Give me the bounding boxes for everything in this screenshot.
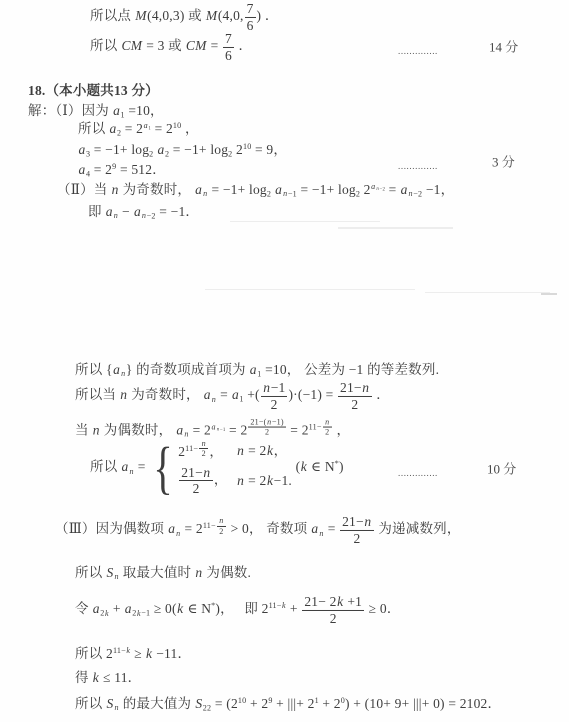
math-line-a2: 所以 a2 = 2a1 = 210 ，: [78, 117, 199, 137]
scan-artifact: [205, 289, 415, 290]
math-line-point-M: 所以点 M(4,0,3) 或 M(4,0,76) ．: [90, 1, 279, 33]
math-line-part3-setup: （Ⅲ）因为偶数项 an = 211−n2 > 0， 奇数项 an = 21−n2…: [55, 514, 461, 546]
math-line-a3: a3 = −1+ log2 a2 = −1+ log2 210 = 9，: [78, 138, 287, 158]
math-line-k-bound: 得 k ≤ 11．: [75, 666, 141, 686]
math-line-piecewise: 所以 an = {211−n2，n = 2k，21−n2，n = 2k−1. (…: [90, 439, 344, 497]
math-line-inequality: 令 a2k + a2k−1 ≥ 0(k ∈ N*)， 即 211−k + 21−…: [75, 594, 401, 626]
scan-artifact: [425, 292, 550, 293]
math-line-arith-seq: 所以 {an} 的奇数项成首项为 a1 =10， 公差为 −1 的等差数列.: [75, 358, 439, 378]
dotted-leader: ..............: [398, 161, 438, 171]
math-line-a1: 解：（Ⅰ）因为 a1 =10，: [28, 99, 164, 119]
math-line-odd-recursion: （Ⅱ）当 n 为奇数时， an = −1+ log2 an−1 = −1+ lo…: [57, 178, 454, 198]
score-label-3: 3 分: [492, 152, 515, 171]
math-line-odd-formula: 所以当 n 为奇数时， an = a1 +(n−12)·(−1) = 21−n2…: [75, 380, 390, 412]
scanned-solution-page: 所以点 M(4,0,3) 或 M(4,0,76) ． 所以 CM = 3 或 C…: [0, 0, 569, 722]
math-line-Sn-even: 所以 Sn 取最大值时 n 为偶数.: [75, 561, 251, 581]
scan-artifact: [230, 221, 380, 222]
dotted-leader: ..............: [398, 46, 438, 56]
dotted-leader: ..............: [398, 468, 438, 478]
math-line-a4: a4 = 29 = 512．: [78, 158, 166, 178]
problem-18-heading: 18.（本小题共13 分）: [28, 79, 159, 99]
math-line-S22-result: 所以 Sn 的最大值为 S22 = (210 + 29 + |||+ 21 + …: [75, 692, 501, 712]
scan-artifact: [338, 227, 453, 229]
math-line-difference: 即 an − an−2 = −1．: [88, 200, 199, 220]
math-line-2-pow-bound: 所以 211−k ≥ k −11．: [75, 642, 191, 662]
score-label-14: 14 分: [489, 37, 518, 56]
scan-artifact: [541, 293, 557, 295]
math-line-CM: 所以 CM = 3 或 CM = 76 ．: [90, 31, 252, 63]
score-label-10: 10 分: [487, 459, 516, 478]
math-line-even-formula: 当 n 为偶数时， an = 2an−1 = 221−(n−1)2 = 211−…: [75, 418, 350, 439]
